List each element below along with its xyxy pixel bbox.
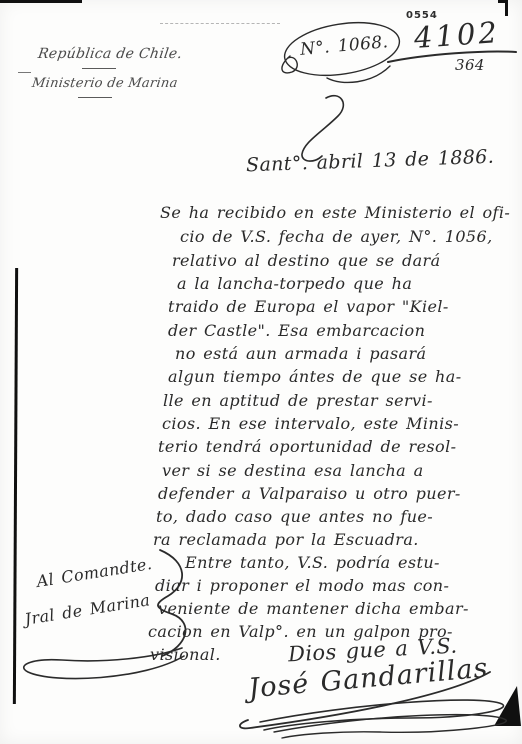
letterhead-ministry: Ministerio de Marina	[31, 76, 179, 91]
body-line: Se ha recibido en este Ministerio el ofi…	[160, 203, 510, 222]
body-line: no está aun armada i pasará	[175, 344, 426, 363]
body-line: a la lancha-torpedo que ha	[177, 274, 412, 293]
body-line: Entre tanto, V.S. podría estu-	[185, 553, 440, 572]
body-line: ver si se destina esa lancha a	[162, 461, 424, 480]
body-line: cios. En ese intervalo, este Minis-	[162, 414, 459, 433]
body-line: lle en aptitud de prestar servi-	[163, 391, 433, 410]
dateline: Sant°. abril 13 de 1886.	[246, 146, 495, 177]
body-line: algun tiempo ántes de que se ha-	[168, 367, 462, 386]
body-line: to, dado caso que antes no fue-	[156, 507, 433, 526]
letterhead-rule-1	[82, 68, 116, 69]
margin-note-underline-flourish	[14, 628, 194, 684]
scanned-letter-page: República de Chile. Ministerio de Marina…	[0, 0, 522, 744]
body-line: der Castle". Esa embarcacion	[168, 321, 425, 340]
body-line: ra reclamada por la Escuadra.	[153, 530, 419, 549]
body-line: terio tendrá oportunidad de resol-	[158, 437, 456, 456]
body-line: relativo al destino que se dará	[172, 251, 441, 270]
body-line: defender a Valparaiso u otro puer-	[158, 484, 461, 503]
letterhead-rule-2	[78, 97, 112, 98]
archive-number-underline	[386, 44, 518, 66]
body-line: veniente de mantener dicha embar-	[158, 599, 469, 618]
scan-corner-mark-top-right-flag	[498, 0, 508, 3]
faint-fold-line	[160, 23, 280, 24]
body-line: cio de V.S. fecha de ayer, N°. 1056,	[180, 227, 493, 246]
body-line: traido de Europa el vapor "Kiel-	[168, 297, 449, 316]
folio-number: 364	[455, 56, 485, 74]
scan-edge-top-mark	[0, 0, 82, 3]
letterhead-country: República de Chile.	[37, 46, 183, 62]
signature-flourish	[230, 670, 520, 740]
margin-dash-mark	[18, 72, 31, 73]
